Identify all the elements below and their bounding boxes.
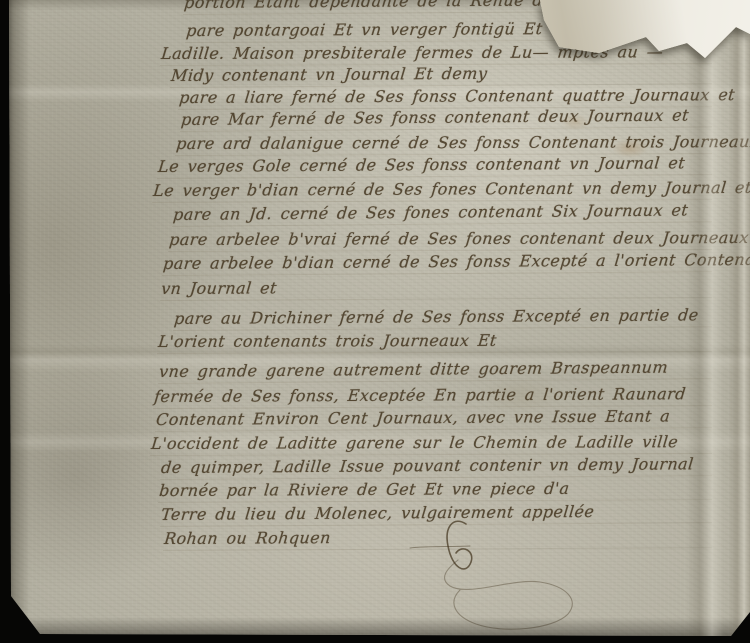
manuscript-line: vn Journal et bbox=[160, 276, 714, 301]
parchment-sheet: portion Etant dependante de la Renüe dep… bbox=[0, 0, 750, 643]
manuscript-line: Le verger b'dian cerné de Ses fones Cont… bbox=[152, 178, 714, 203]
manuscript-line: Rohan ou Rohquen bbox=[163, 526, 714, 551]
manuscript-line: pare au Drichiner ferné de Ses fonss Exc… bbox=[173, 305, 714, 331]
manuscript-line: Le verges Gole cerné de Ses fonss conten… bbox=[157, 153, 714, 179]
manuscript-line: portion Etant dependante de la Renüe de bbox=[183, 0, 714, 15]
manuscript-line: pare Mar ferné de Ses fonss contenant de… bbox=[180, 105, 714, 132]
manuscript-line: pare an Jd. cerné de Ses fones contenant… bbox=[172, 200, 714, 227]
manuscript-line: fermée de Ses fonss, Exceptée En partie … bbox=[153, 384, 714, 409]
manuscript-line: de quimper, Ladille Issue pouvant conten… bbox=[160, 454, 714, 480]
manuscript-line: L'occident de Laditte garene sur le Chem… bbox=[150, 432, 714, 456]
manuscript-line: pare ard dalanigue cerné de Ses fonss Co… bbox=[175, 132, 714, 156]
manuscript-line: pare arbelee b'vrai ferné de Ses fones c… bbox=[168, 228, 714, 252]
manuscript-line: Midy contenant vn Journal Et demy bbox=[170, 62, 714, 88]
manuscript-line: pare pontargoai Et vn verger fontigü Et bbox=[185, 18, 714, 43]
manuscript-line: bornée par la Riviere de Get Et vne piec… bbox=[158, 478, 714, 503]
photo-background: portion Etant dependante de la Renüe dep… bbox=[0, 0, 750, 643]
manuscript-line: L'orient contenants trois Journeaux Et bbox=[157, 330, 714, 354]
manuscript-line: vne grande garene autrement ditte goarem… bbox=[158, 357, 714, 384]
manuscript-text-block: portion Etant dependante de la Renüe dep… bbox=[0, 0, 750, 643]
manuscript-line: Terre du lieu du Molenec, vulgairement a… bbox=[160, 501, 714, 527]
manuscript-line: Contenant Environ Cent Journaux, avec vn… bbox=[155, 406, 714, 432]
manuscript-line: pare arbelee b'dian cerné de Ses fonss E… bbox=[162, 250, 714, 276]
